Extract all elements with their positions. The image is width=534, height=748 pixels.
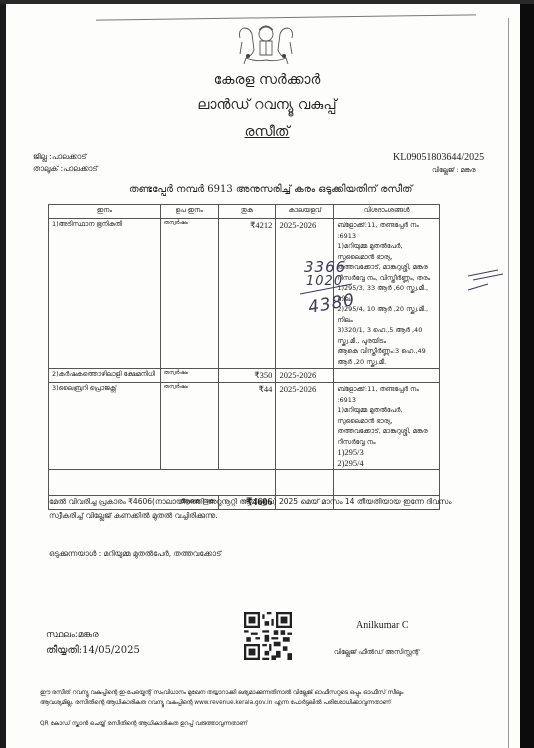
row-sub-item: തന്വർഷം bbox=[160, 369, 218, 383]
details-line: 3)320/1, 3 ഹെ.,5 ആർ ,40 സ്ക്വ.മീ., പുരയി… bbox=[337, 325, 436, 346]
footer-note-line2: ആവശ്യമില്ല. രസീതിന്റെ ആധികാരികത റവന്യൂ വ… bbox=[40, 700, 391, 707]
row-sub-item: തന്വർഷം bbox=[160, 219, 218, 369]
row-sub-item: തന്വർഷം bbox=[160, 383, 218, 470]
details-line: 2)295/4 bbox=[337, 458, 436, 469]
column-header-sub-item: ഉപ ഇനം bbox=[160, 205, 218, 219]
details-line: ബ്ളോക്ക്:11, തണ്ടപ്പേർ നം :6913 bbox=[337, 384, 436, 405]
row-amount: ₹4212 bbox=[218, 219, 276, 369]
details-line: 1)295/3 bbox=[337, 447, 436, 458]
department-title: ലാൻഡ് റവന്യൂ വകുപ്പ് bbox=[0, 97, 534, 113]
table-header-row: ഇനം ഉപ ഇനം തുക കാലയളവ് വിശദാംശങ്ങൾ bbox=[49, 205, 440, 219]
kerala-state-emblem-icon bbox=[234, 20, 298, 65]
qr-code-icon[interactable] bbox=[244, 612, 292, 660]
payer-name: ഒടുക്കുന്നയാൾ : മറിയുമ്മ മുതൽപേർ, തത്തവക… bbox=[49, 549, 221, 559]
receipt-heading: തണ്ടപ്പേർ നമ്പർ 6913 അനുസരിച്ച് കരം ഒടുക… bbox=[129, 184, 412, 195]
row-amount: ₹350 bbox=[218, 369, 276, 383]
table-empty-row bbox=[49, 470, 440, 496]
column-header-amount: തുക bbox=[218, 205, 276, 219]
viewer-right-edge bbox=[520, 4, 534, 748]
receipt-statement: മേൽ വിവരിച്ച പ്രകാരം ₹4606(നാലായിരത്തി അ… bbox=[49, 495, 479, 523]
row-details: ബ്ളോക്ക്:11, തണ്ടപ്പേർ നം :6913 1)മറിയുമ… bbox=[334, 383, 440, 470]
place-label: സ്ഥലം:മങ്കര bbox=[46, 630, 99, 640]
column-header-period: കാലയളവ് bbox=[276, 205, 334, 219]
details-line: റീസർവ്വേ നം bbox=[337, 437, 436, 448]
district-label: ജില്ല :പാലക്കാട് bbox=[33, 152, 86, 162]
row-period: 2025-2026 bbox=[276, 369, 334, 383]
government-title: കേരള സർക്കാർ bbox=[0, 72, 534, 88]
row-period: 2025-2026 bbox=[276, 383, 334, 470]
details-line: ബ്ളോക്ക്:11, തണ്ടപ്പേർ നം :6913 bbox=[337, 220, 436, 241]
details-line: ആകെ വിസ്തീർണ്ണം:3 ഹെ.,49 ആർ ,20 സ്ക്വ.മീ… bbox=[337, 346, 436, 367]
row-amount: ₹44 bbox=[218, 383, 276, 470]
document-title: രസീത് bbox=[0, 124, 534, 140]
receipt-number: KL09051803644/2025 bbox=[393, 152, 484, 163]
row-item: 2)കർഷകത്തൊഴിലാളി ക്ഷേമനിധി bbox=[49, 369, 161, 383]
date-label: തീയ്യതി:14/05/2025 bbox=[46, 645, 140, 656]
officer-name: Anilkumar C bbox=[356, 620, 409, 631]
footer-note-line1: ഈ രസീത് റവന്യൂ വകുപ്പിന്റെ ഇ-പേയ്മെന്റ് … bbox=[40, 690, 403, 697]
column-header-item: ഇനം bbox=[49, 205, 161, 219]
officer-designation: വില്ലേജ് ഫീൽഡ് അസിസ്റ്റന്റ് bbox=[334, 648, 419, 657]
table-row: 3)ലൈബ്രറി പ്രൊജക്റ്റ് തന്വർഷം ₹44 2025-2… bbox=[49, 383, 440, 470]
row-details bbox=[334, 369, 440, 383]
details-line: 1)മറിയുമ്മ മുതൽപേർ, സുലൈമാൻ ഭാര്യ, തത്തവ… bbox=[337, 405, 436, 437]
row-item: 1)അടിസ്ഥാന ഭൂനികുതി bbox=[49, 219, 161, 369]
receipt-table: ഇനം ഉപ ഇനം തുക കാലയളവ് വിശദാംശങ്ങൾ 1)അടി… bbox=[48, 204, 440, 510]
taluk-label: താലൂക് :പാലക്കാട് bbox=[33, 164, 98, 174]
row-item: 3)ലൈബ്രറി പ്രൊജക്റ്റ് bbox=[49, 383, 161, 470]
qr-verification-note: QR കോഡ് സ്കാൻ ചെയ്ത് രസീതിന്റെ ആധികാരികത… bbox=[40, 721, 247, 728]
column-header-details: വിശദാംശങ്ങൾ bbox=[334, 205, 440, 219]
table-row: 2)കർഷകത്തൊഴിലാളി ക്ഷേമനിധി തന്വർഷം ₹350 … bbox=[49, 369, 440, 383]
village-label: വില്ലേജ് : മങ്കര bbox=[432, 166, 475, 175]
